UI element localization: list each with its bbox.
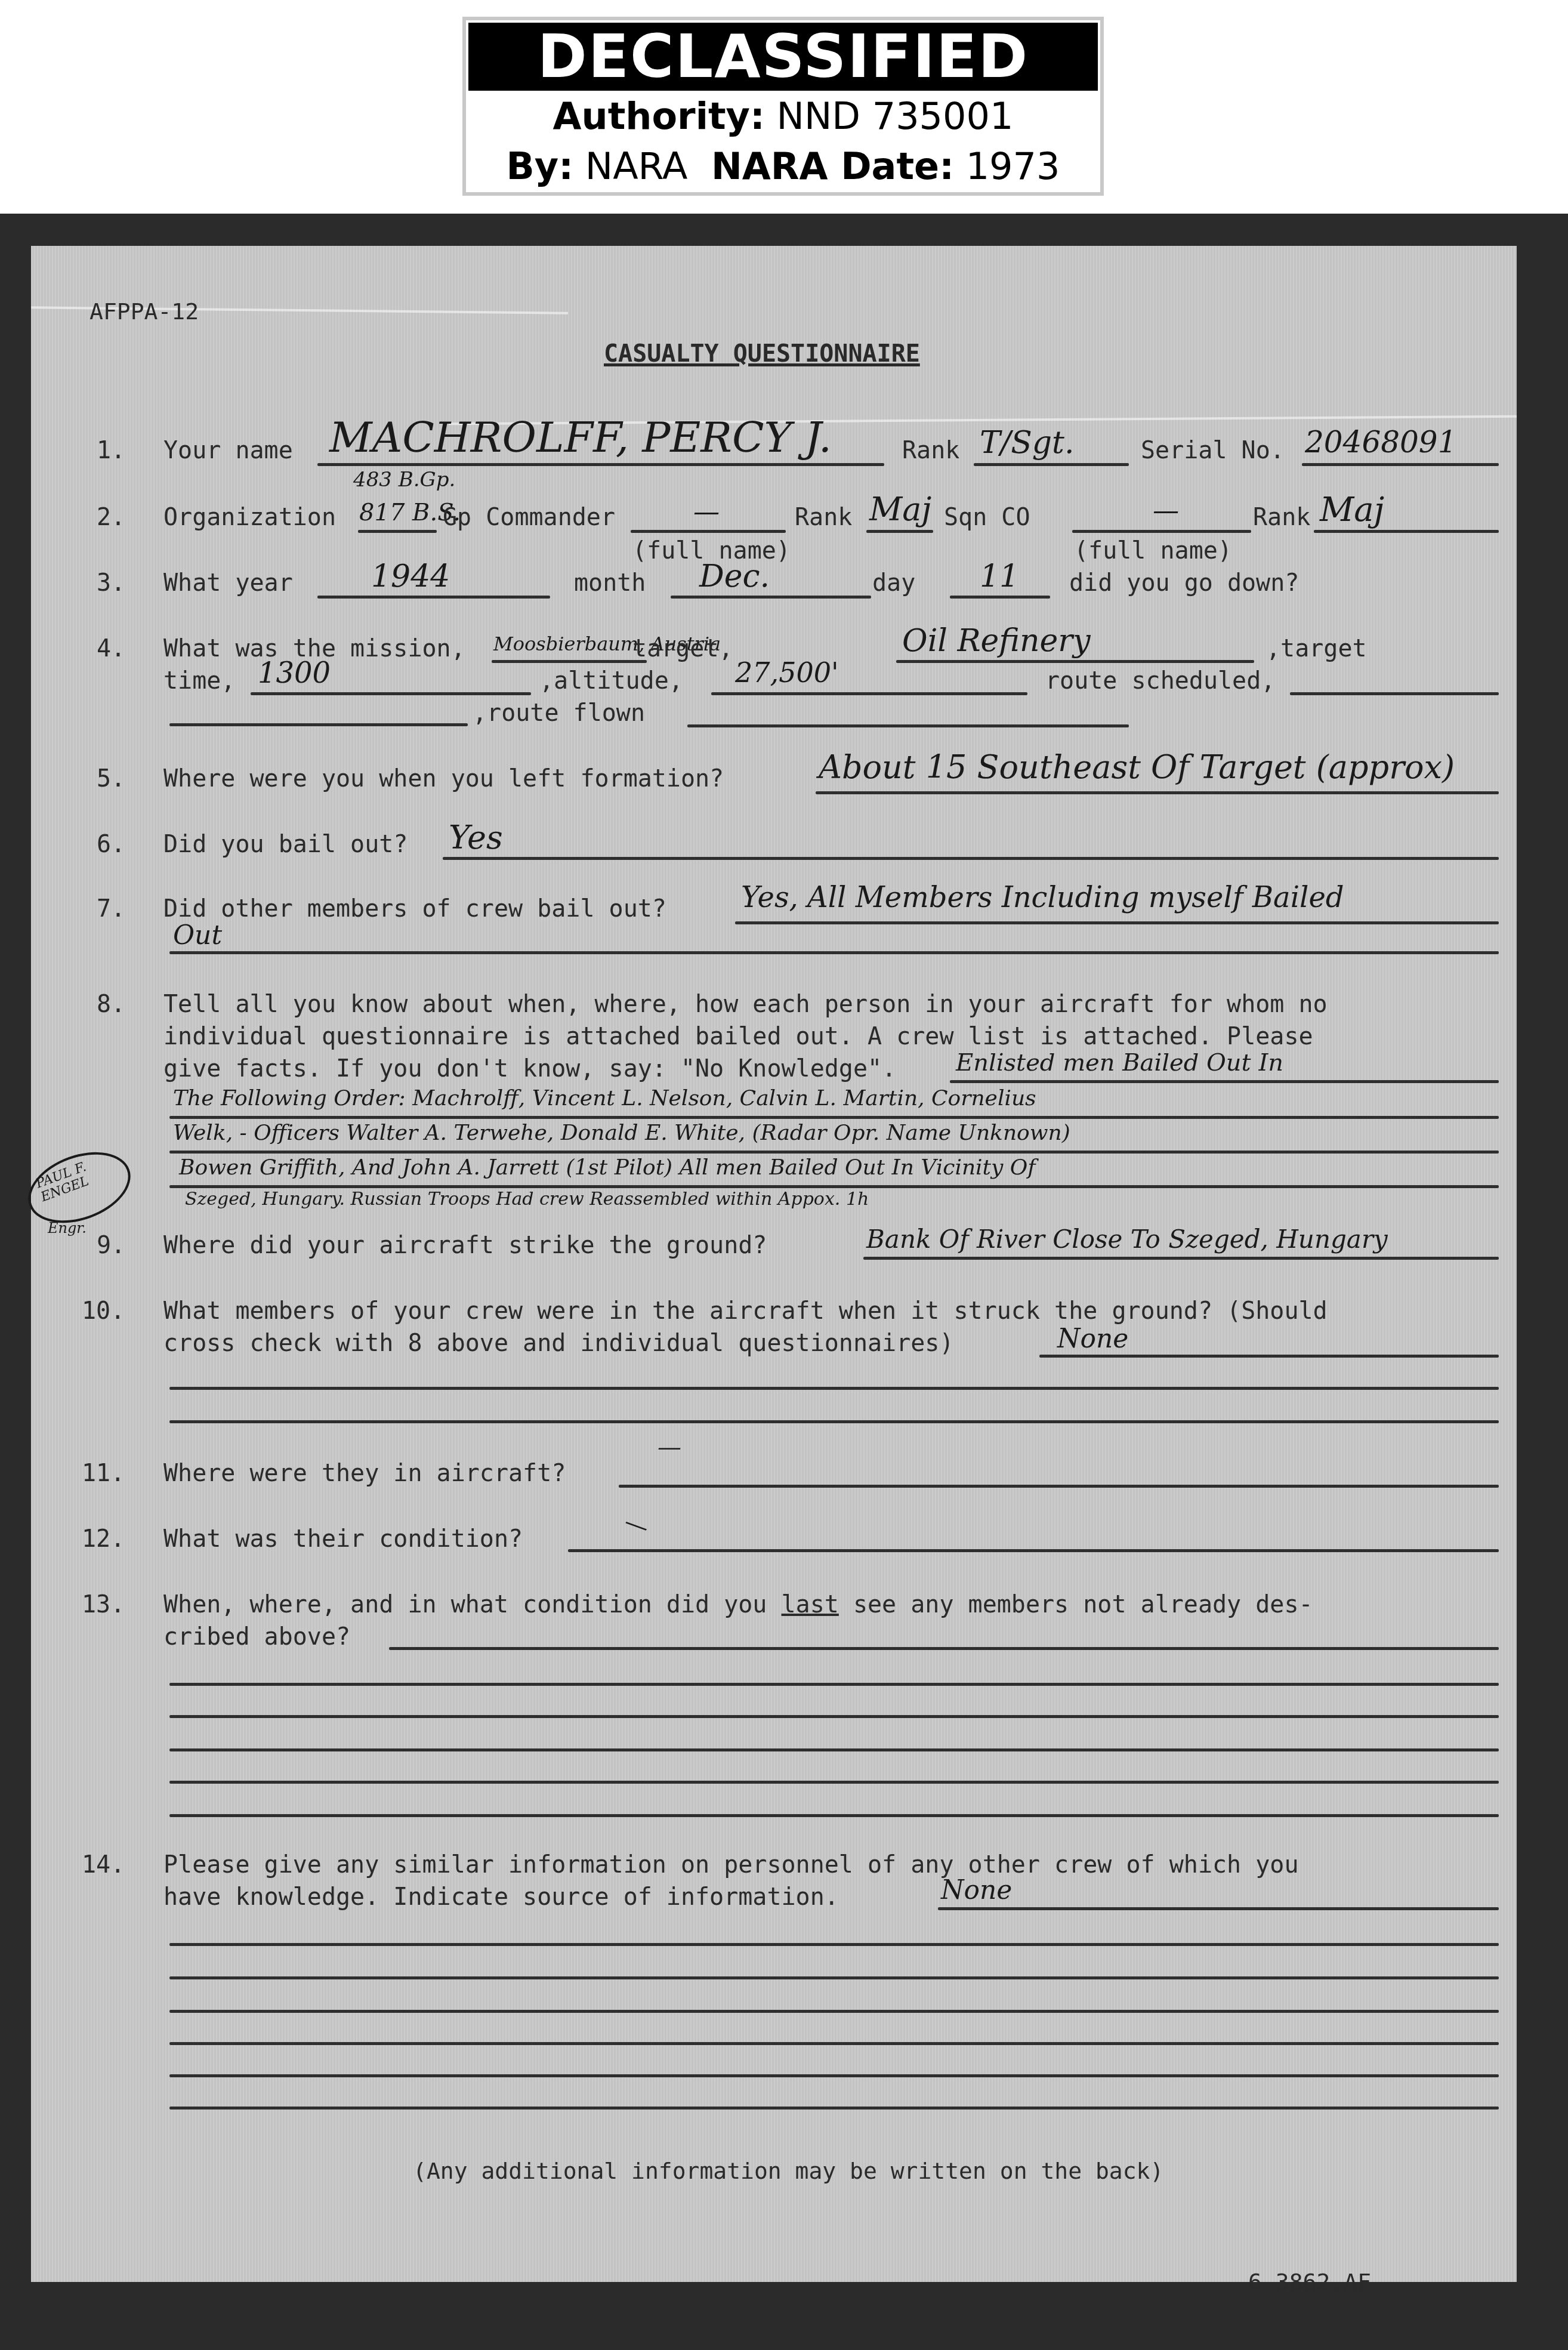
q3-day-field[interactable]: 11 xyxy=(980,559,1019,594)
footer-note: (Any additional information may be writt… xyxy=(413,2158,1163,2184)
q8-answer-line-3 xyxy=(169,1151,1499,1154)
q4-number: 4. xyxy=(97,635,125,662)
q3-year-line xyxy=(317,596,550,599)
q14-answer-field[interactable]: None xyxy=(941,1875,1012,1905)
q6-label: Did you bail out? xyxy=(163,831,408,858)
q8-answer-field-5[interactable]: Szeged, Hungary. Russian Troops Had crew… xyxy=(185,1189,869,1210)
q3-year-field[interactable]: 1944 xyxy=(371,559,450,594)
q8-answer-line-2 xyxy=(169,1116,1499,1119)
q8-text-line-2: individual questionnaire is attached bai… xyxy=(163,1023,1313,1050)
q11-number: 11. xyxy=(82,1460,125,1487)
q2-group-note: 483 B.Gp. xyxy=(353,468,455,492)
q6-number: 6. xyxy=(97,831,125,858)
q2-gp-rank-line xyxy=(866,530,933,533)
q4-route-flown-label: ,route flown xyxy=(473,699,645,727)
q11-answer-line xyxy=(619,1485,1499,1488)
q2-sqn-rank-field[interactable]: Maj xyxy=(1320,491,1384,529)
q13-label-emphasis: last xyxy=(782,1591,839,1618)
q7-answer-line-1 xyxy=(735,921,1499,924)
q8-answer-line-4 xyxy=(169,1185,1499,1188)
q14-label-line-2: have knowledge. Indicate source of infor… xyxy=(163,1883,839,1911)
form-id: AFPPA-12 xyxy=(89,298,199,325)
q3-month-field[interactable]: Dec. xyxy=(699,559,770,594)
q2-sqn-co-label: Sqn CO xyxy=(944,504,1030,531)
by-label: By: xyxy=(507,144,573,188)
q13-label-part-a: When, where, and in what condition did y… xyxy=(163,1591,782,1618)
q1-serial-line xyxy=(1302,463,1499,466)
by-value: NARA xyxy=(585,144,688,188)
q2-sqn-rank-label: Rank xyxy=(1253,504,1310,531)
stamp-heading: DECLASSIFIED xyxy=(468,23,1098,91)
q13-answer-line-3[interactable] xyxy=(169,1715,1499,1718)
q4-target-field[interactable]: Oil Refinery xyxy=(902,623,1091,659)
q3-suffix: did you go down? xyxy=(1069,569,1299,597)
declassified-stamp: DECLASSIFIED Authority: NND 735001 By: N… xyxy=(462,17,1104,196)
q4-time-field[interactable]: 1300 xyxy=(258,656,331,690)
q13-label-line-2: cribed above? xyxy=(163,1623,350,1651)
q8-answer-field-2[interactable]: The Following Order: Machrolff, Vincent … xyxy=(173,1086,1036,1111)
q8-answer-field-4[interactable]: Bowen Griffith, And John A. Jarrett (1st… xyxy=(179,1155,1036,1180)
q4-time-line xyxy=(251,692,531,695)
questionnaire-page: AFPPA-12 CASUALTY QUESTIONNAIRE 1. Your … xyxy=(31,246,1517,2282)
stamp-authority: Authority: NND 735001 xyxy=(466,94,1100,138)
q4-route-scheduled-line xyxy=(1290,692,1499,695)
q8-number: 8. xyxy=(97,991,125,1018)
q14-answer-line-5[interactable] xyxy=(169,2042,1499,2045)
q1-rank-field[interactable]: T/Sgt. xyxy=(980,425,1075,461)
q10-answer-line-3 xyxy=(169,1420,1499,1423)
q7-answer-field-1[interactable]: Yes, All Members Including myself Bailed xyxy=(741,881,1344,914)
authority-value: NND 735001 xyxy=(777,94,1014,138)
q4-altitude-label: ,altitude, xyxy=(539,667,683,695)
q12-answer-line xyxy=(568,1549,1499,1552)
q11-answer-field[interactable]: — xyxy=(658,1433,681,1461)
q8-text-line-3: give facts. If you don't know, say: "No … xyxy=(163,1055,896,1083)
q2-sqn-co-line xyxy=(1072,530,1251,533)
q14-number: 14. xyxy=(82,1851,125,1879)
q8-answer-line-1 xyxy=(950,1080,1499,1083)
q13-label-part-c: see any members not already des- xyxy=(839,1591,1313,1618)
q2-gp-commander-field[interactable]: — xyxy=(693,496,720,527)
q14-label-line-1: Please give any similar information on p… xyxy=(163,1851,1298,1879)
q13-answer-line-6[interactable] xyxy=(169,1814,1499,1817)
q4-altitude-line xyxy=(711,692,1027,695)
q4-target-line xyxy=(896,660,1254,663)
q14-answer-line-7[interactable] xyxy=(169,2107,1499,2110)
q10-answer-line-1 xyxy=(1039,1355,1499,1358)
q2-gp-commander-label: Gp Commander xyxy=(443,504,615,531)
q2-sqn-rank-line xyxy=(1314,530,1499,533)
q7-number: 7. xyxy=(97,895,125,923)
margin-note-role: Engr. xyxy=(48,1220,87,1236)
q3-month-label: month xyxy=(574,569,646,597)
q2-org-line xyxy=(358,530,437,533)
q3-day-line xyxy=(950,596,1050,599)
form-title: CASUALTY QUESTIONNAIRE xyxy=(604,340,920,368)
q10-number: 10. xyxy=(82,1297,125,1325)
q5-number: 5. xyxy=(97,765,125,792)
date-value: 1973 xyxy=(966,144,1060,188)
q13-answer-line-4[interactable] xyxy=(169,1748,1499,1751)
q7-label: Did other members of crew bail out? xyxy=(163,895,666,923)
q2-full-name-hint-2: (full name) xyxy=(1074,537,1232,565)
q12-label: What was their condition? xyxy=(163,1525,523,1553)
q9-label: Where did your aircraft strike the groun… xyxy=(163,1232,767,1259)
q1-label: Your name xyxy=(163,437,293,464)
q10-label-line-1: What members of your crew were in the ai… xyxy=(163,1297,1328,1325)
q8-text-line-1: Tell all you know about when, where, how… xyxy=(163,991,1328,1018)
q4-route-scheduled-label: route scheduled, xyxy=(1045,667,1275,695)
q2-label: Organization xyxy=(163,504,336,531)
q13-label-line-1: When, where, and in what condition did y… xyxy=(163,1591,1313,1618)
q1-number: 1. xyxy=(97,437,125,464)
q9-answer-line xyxy=(863,1257,1499,1260)
q4-target-time-label: ,target xyxy=(1266,635,1367,662)
q3-day-label: day xyxy=(872,569,915,597)
q14-answer-line-3[interactable] xyxy=(169,1976,1499,1979)
q2-gp-commander-line xyxy=(631,530,786,533)
q4-time-label: time, xyxy=(163,667,235,695)
q4-target-label: target, xyxy=(632,635,733,662)
q13-number: 13. xyxy=(82,1591,125,1618)
q5-answer-field[interactable]: About 15 Southeast Of Target (approx) xyxy=(819,748,1455,786)
q1-rank-line xyxy=(974,463,1129,466)
q7-answer-field-2[interactable]: Out xyxy=(173,920,222,951)
q3-number: 3. xyxy=(97,569,125,597)
q3-month-line xyxy=(671,596,871,599)
form-number: 6-3862,AF xyxy=(1248,2269,1371,2295)
q2-sqn-co-field[interactable]: — xyxy=(1153,495,1179,526)
q4-route-flown-line xyxy=(687,724,1129,727)
q11-label: Where were they in aircraft? xyxy=(163,1460,566,1487)
stamp-by-date: By: NARA NARA Date: 1973 xyxy=(466,144,1100,188)
authority-label: Authority: xyxy=(553,94,765,138)
q3-year-label: What year xyxy=(163,569,293,597)
q14-answer-line-4[interactable] xyxy=(169,2010,1499,2013)
q5-answer-line xyxy=(816,791,1499,794)
q8-answer-field-3[interactable]: Welk, - Officers Walter A. Terwehe, Dona… xyxy=(173,1121,1070,1145)
q5-label: Where were you when you left formation? xyxy=(163,765,724,792)
q13-answer-line-5[interactable] xyxy=(169,1781,1499,1784)
q14-answer-line-6[interactable] xyxy=(169,2074,1499,2077)
q6-answer-line xyxy=(443,857,1499,860)
q13-answer-line-1[interactable] xyxy=(389,1647,1499,1650)
q6-answer-field[interactable]: Yes xyxy=(449,819,503,856)
q4-mission-line xyxy=(492,660,647,663)
q2-gp-rank-field[interactable]: Maj xyxy=(869,491,931,528)
q14-answer-line-1 xyxy=(938,1907,1499,1910)
q13-answer-line-2[interactable] xyxy=(169,1683,1499,1686)
q7-answer-line-2 xyxy=(169,951,1499,954)
q4-route-scheduled-line-2 xyxy=(169,723,468,726)
date-label: NARA Date: xyxy=(711,144,954,188)
q10-label-line-2: cross check with 8 above and individual … xyxy=(163,1330,954,1357)
q1-serial-label: Serial No. xyxy=(1141,437,1285,464)
q2-gp-rank-label: Rank xyxy=(795,504,852,531)
q1-name-field[interactable]: MACHROLFF, PERCY J. xyxy=(329,413,832,462)
q10-answer-line-2 xyxy=(169,1387,1499,1390)
q2-number: 2. xyxy=(97,504,125,531)
q9-number: 9. xyxy=(97,1232,125,1259)
q14-answer-line-2[interactable] xyxy=(169,1943,1499,1946)
q8-answer-field-1[interactable]: Enlisted men Bailed Out In xyxy=(956,1049,1283,1077)
q12-number: 12. xyxy=(82,1525,125,1553)
q9-answer-field[interactable]: Bank Of River Close To Szeged, Hungary xyxy=(866,1225,1388,1254)
q12-answer-field[interactable]: — xyxy=(621,1508,652,1542)
q1-name-line xyxy=(317,463,884,466)
q1-serial-field[interactable]: 20468091 xyxy=(1305,425,1457,459)
q10-answer-field[interactable]: None xyxy=(1057,1324,1128,1354)
q4-altitude-field[interactable]: 27,500' xyxy=(735,656,839,689)
q1-rank-label: Rank xyxy=(902,437,959,464)
